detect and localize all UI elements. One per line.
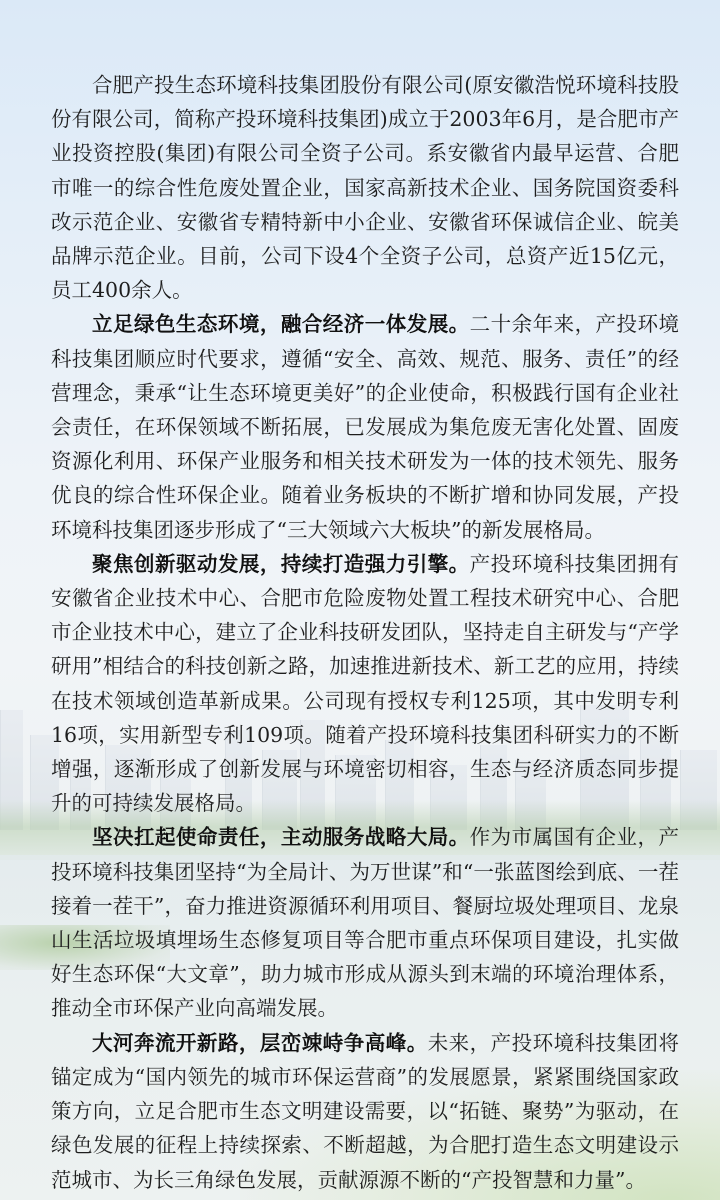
paragraph-lead: 坚决扛起使命责任，主动服务战略大局。 (92, 825, 470, 849)
paragraph-body: 二十余年来，产投环境科技集团顺应时代要求，遵循“安全、高效、规范、服务、责任”的… (51, 312, 679, 541)
paragraph-green-ecology: 立足绿色生态环境，融合经济一体发展。二十余年来，产投环境科技集团顺应时代要求，遵… (51, 307, 679, 546)
paragraph-innovation: 聚焦创新驱动发展，持续打造强力引擎。产投环境科技集团拥有安徽省企业技术中心、合肥… (51, 547, 679, 821)
paragraph-future: 大河奔流开新路，层峦竦峙争高峰。未来，产投环境科技集团将锚定成为“国内领先的城市… (51, 1026, 679, 1197)
company-intro-article: 合肥产投生态环境科技集团股份有限公司(原安徽浩悦环境科技股份有限公司，简称产投环… (51, 68, 679, 1197)
paragraph-lead: 大河奔流开新路，层峦竦峙争高峰。 (92, 1031, 428, 1055)
paragraph-lead: 聚焦创新驱动发展，持续打造强力引擎。 (92, 552, 470, 576)
paragraph-body: 合肥产投生态环境科技集团股份有限公司(原安徽浩悦环境科技股份有限公司，简称产投环… (51, 73, 679, 302)
paragraph-mission: 坚决扛起使命责任，主动服务战略大局。作为市属国有企业，产投环境科技集团坚持“为全… (51, 820, 679, 1025)
paragraph-body: 产投环境科技集团拥有安徽省企业技术中心、合肥市危险废物处置工程技术研究中心、合肥… (51, 552, 679, 815)
paragraph-lead: 立足绿色生态环境，融合经济一体发展。 (92, 312, 470, 336)
paragraph-body: 作为市属国有企业，产投环境科技集团坚持“为全局计、为万世谋”和“一张蓝图绘到底、… (51, 825, 679, 1020)
paragraph-intro: 合肥产投生态环境科技集团股份有限公司(原安徽浩悦环境科技股份有限公司，简称产投环… (51, 68, 679, 307)
